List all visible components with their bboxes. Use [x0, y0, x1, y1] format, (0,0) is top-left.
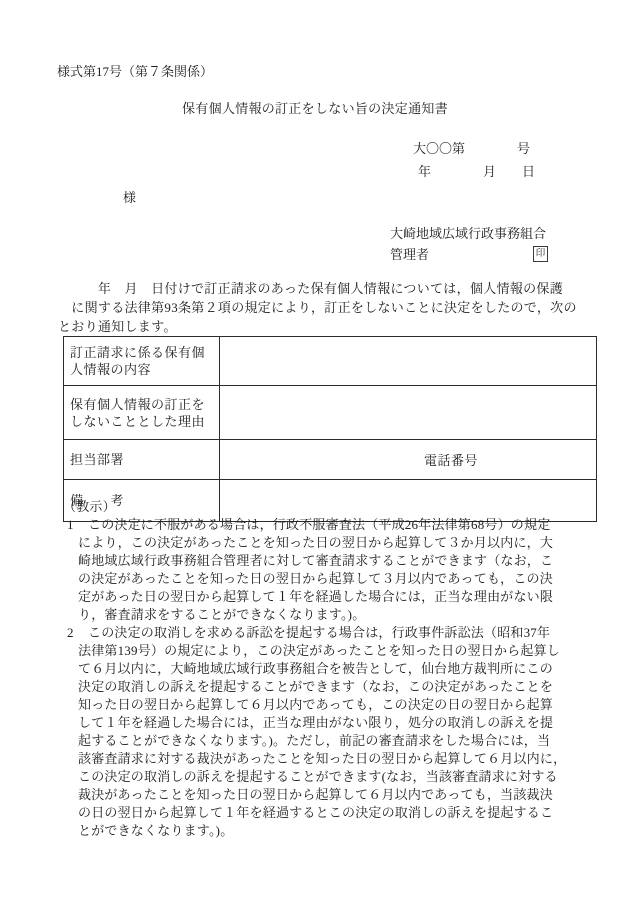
notice-paragraph: 年 月 日付けで訂正請求のあった保有個人情報については，個人情報の保護 に関する… — [58, 279, 577, 336]
instructions-heading: （教示） — [63, 498, 566, 516]
row-value-reason — [220, 386, 597, 440]
table-row: 担当部署 電話番号 — [64, 440, 597, 480]
item-number: 1 — [67, 516, 74, 534]
instruction-line: により，この決定があったことを知った日の翌日から起算して３か月以内に，大 — [78, 534, 566, 552]
row-label-corrected-info: 訂正請求に係る保有個 人情報の内容 — [64, 337, 220, 386]
row-label-department: 担当部署 — [64, 440, 220, 480]
instruction-line: て６月以内に，大崎地域広域行政事務組合を被告として，仙台地方裁判所にこの — [78, 660, 566, 678]
instruction-item-2: 2 この決定の取消しを求める訴訟を提起する場合は，行政事件訴訟法（昭和37年 法… — [78, 624, 566, 840]
sender-role: 管理者 — [390, 244, 429, 263]
instruction-line: 知った日の翌日から起算して６月以内であっても，この決定の日の翌日から起算 — [78, 696, 566, 714]
document-page: 様式第17号（第７条関係） 保有個人情報の訂正をしない旨の決定通知書 大〇〇第 … — [0, 0, 630, 903]
instructions-section: （教示） 1 この決定に不服がある場合は，行政不服審査法（平成26年法律第68号… — [63, 498, 566, 840]
document-number-line: 大〇〇第 号 — [413, 138, 530, 157]
document-title: 保有個人情報の訂正をしない旨の決定通知書 — [0, 98, 630, 117]
notice-line: とおり通知します。 — [58, 317, 577, 336]
instruction-line: 決定の取消しの訴えを提起することができます（なお，この決定があったことを — [78, 678, 566, 696]
form-number: 様式第17号（第７条関係） — [57, 61, 213, 80]
instruction-line: 定があった日の翌日から起算して１年を経過した場合には，正当な理由がない限 — [78, 588, 566, 606]
phone-number-label: 電話番号 — [424, 450, 478, 469]
instruction-line: 該審査請求に対する裁決があったことを知った日の翌日から起算して６月以内に， — [78, 750, 566, 768]
instruction-line: この決定の取消しの訴えを提起することができます(なお，当該審査請求に対する — [78, 768, 566, 786]
notice-line: に関する法律第93条第２項の規定により，訂正をしないことに決定をしたので，次の — [58, 298, 577, 317]
instruction-line: 法律第139号）の規定により，この決定があったことを知った日の翌日から起算し — [78, 642, 566, 660]
instruction-line: の日の翌日から起算して１年を経過するとこの決定の取消しの訴えを提起するこ — [78, 804, 566, 822]
addressee-suffix: 様 — [123, 187, 136, 206]
table-row: 訂正請求に係る保有個 人情報の内容 — [64, 337, 597, 386]
instruction-line: とができなくなります。)。 — [78, 822, 566, 840]
instruction-line: この決定に不服がある場合は，行政不服審査法（平成26年法律第68号）の規定 — [78, 516, 566, 534]
instruction-line: 裁決があったことを知った日の翌日から起算して６月以内であっても，当該裁決 — [78, 786, 566, 804]
seal-mark: 印 — [533, 246, 548, 262]
instruction-line: り，審査請求をすることができなくなります。)。 — [78, 606, 566, 624]
instruction-line: の決定があったことを知った日の翌日から起算して３月以内であっても，この決 — [78, 570, 566, 588]
row-label-reason: 保有個人情報の訂正を しないこととした理由 — [64, 386, 220, 440]
date-line: 年 月 日 — [418, 161, 535, 180]
row-value-corrected-info — [220, 337, 597, 386]
details-table: 訂正請求に係る保有個 人情報の内容 保有個人情報の訂正を しないこととした理由 … — [63, 336, 597, 522]
instruction-line: この決定の取消しを求める訴訟を提起する場合は，行政事件訴訟法（昭和37年 — [78, 624, 566, 642]
item-number: 2 — [67, 624, 74, 642]
sender-organization: 大崎地域広域行政事務組合 — [390, 223, 546, 242]
instruction-line: 起することができなくなります。)。ただし，前記の審査請求をした場合には，当 — [78, 732, 566, 750]
instruction-line: して１年を経過した場合には，正当な理由がない限り，処分の取消しの訴えを提 — [78, 714, 566, 732]
notice-line: 年 月 日付けで訂正請求のあった保有個人情報については，個人情報の保護 — [58, 279, 577, 298]
table-row: 保有個人情報の訂正を しないこととした理由 — [64, 386, 597, 440]
instruction-line: 崎地域広域行政事務組合管理者に対して審査請求することができます（なお，こ — [78, 552, 566, 570]
instruction-item-1: 1 この決定に不服がある場合は，行政不服審査法（平成26年法律第68号）の規定 … — [78, 516, 566, 624]
row-value-department: 電話番号 — [220, 440, 597, 480]
